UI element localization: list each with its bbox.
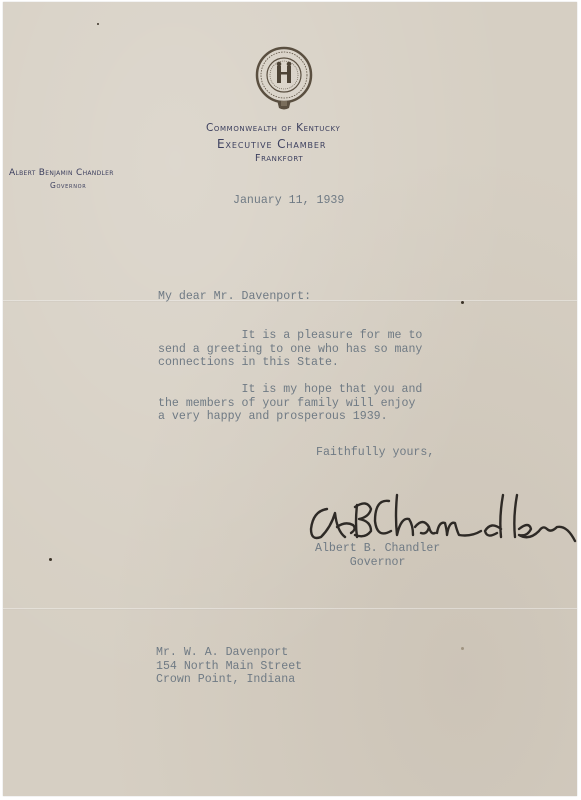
kentucky-state-seal-icon bbox=[253, 46, 315, 112]
letterhead-sender-name: Albert Benjamin Chandler bbox=[9, 168, 114, 178]
letterhead-city: Frankfort bbox=[255, 153, 303, 164]
letterhead-office: Executive Chamber bbox=[217, 137, 326, 151]
letter-paragraph: It is a pleasure for me to send a greeti… bbox=[158, 329, 422, 370]
paper-speck bbox=[97, 23, 99, 25]
typed-signer-name: Albert B. Chandler Governor bbox=[315, 542, 440, 569]
letterhead-sender-title: Governor bbox=[50, 181, 86, 190]
paper-speck bbox=[461, 301, 464, 304]
letter-paragraph: It is my hope that you and the members o… bbox=[158, 383, 422, 424]
recipient-address: Mr. W. A. Davenport 154 North Main Stree… bbox=[156, 646, 302, 687]
ink-dot bbox=[49, 558, 52, 561]
letter-closing: Faithfully yours, bbox=[316, 446, 434, 460]
letterhead-state: Commonwealth of Kentucky bbox=[206, 122, 340, 134]
letter-salutation: My dear Mr. Davenport: bbox=[158, 290, 311, 304]
letter-page: Commonwealth of Kentucky Executive Chamb… bbox=[3, 2, 577, 796]
letter-date: January 11, 1939 bbox=[233, 194, 344, 208]
fold-crease bbox=[3, 608, 577, 610]
paper-speck bbox=[461, 647, 464, 650]
